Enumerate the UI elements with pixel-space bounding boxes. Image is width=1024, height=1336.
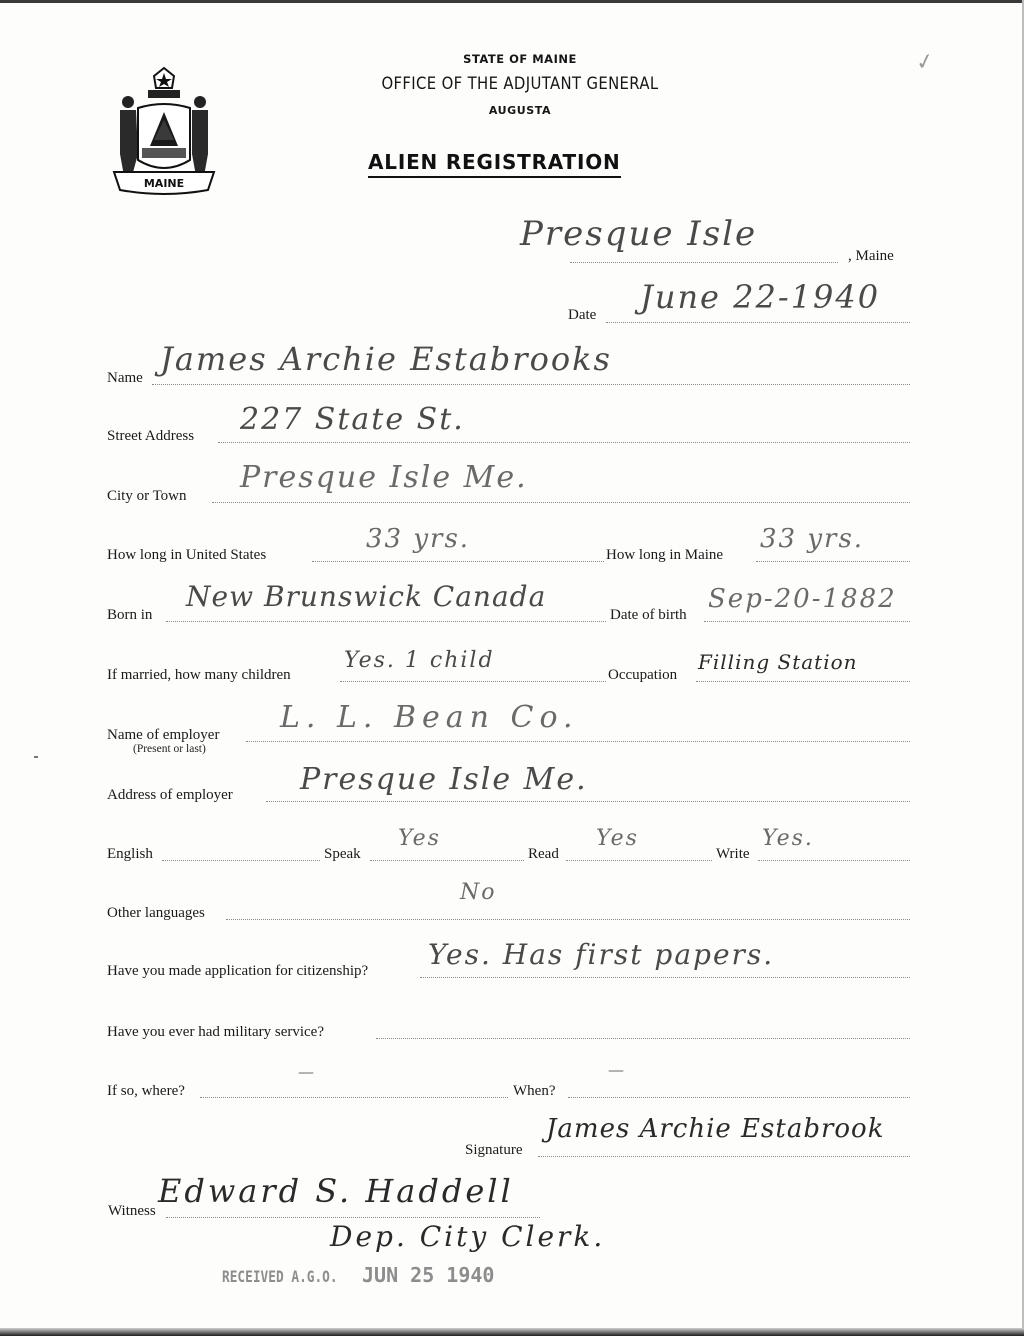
speak-label: Speak [324,846,361,863]
received-stamp-date: JUN 25 1940 [362,1263,494,1287]
street-address-line[interactable] [218,442,910,443]
born-in-line[interactable] [166,621,606,622]
speak-value: Yes [398,826,441,851]
header-state: STATE OF MAINE [300,52,740,66]
margin-mark [34,756,38,758]
when-value: — [608,1060,626,1079]
employer-name-sublabel: (Present or last) [133,743,206,755]
employer-address-label: Address of employer [107,787,233,804]
witness-line[interactable] [166,1217,540,1218]
occupation-line[interactable] [696,681,910,682]
born-in-value: New Brunswick Canada [186,580,546,613]
how-long-us-value: 33 yrs. [366,524,470,554]
name-line[interactable] [152,384,910,385]
other-languages-label: Other languages [107,905,205,922]
date-of-birth-value: Sep-20-1882 [708,584,897,614]
city-value: Presque Isle Me. [240,460,528,495]
date-line [606,322,910,323]
when-line[interactable] [568,1097,910,1098]
when-label: When? [513,1083,555,1100]
street-address-value: 227 State St. [240,402,465,437]
witness-label: Witness [108,1203,156,1220]
citizenship-label: Have you made application for citizenshi… [107,963,368,980]
english-line [162,860,320,861]
witness-value: Edward S. Haddell [158,1172,514,1210]
svg-text:MAINE: MAINE [144,177,184,190]
place-suffix: , Maine [848,248,894,265]
signature-value: James Archie Estabrook [546,1114,884,1144]
read-line[interactable] [566,860,712,861]
how-long-us-label: How long in United States [107,547,266,564]
married-children-value: Yes. 1 child [344,648,495,673]
married-children-line[interactable] [340,681,606,682]
other-languages-value: No [460,880,497,905]
signature-line[interactable] [538,1156,910,1157]
name-value: James Archie Estabrooks [160,340,612,378]
citizenship-value: Yes. Has first papers. [428,938,774,971]
date-of-birth-label: Date of birth [610,607,687,624]
write-label: Write [716,846,750,863]
if-so-where-label: If so, where? [107,1083,185,1100]
date-of-birth-line[interactable] [704,621,910,622]
city-line[interactable] [212,502,910,503]
born-in-label: Born in [107,607,152,624]
write-value: Yes. [762,826,814,851]
other-languages-line[interactable] [226,919,910,920]
check-mark-icon: ✓ [914,48,937,76]
received-stamp-text: RECEIVED A.G.O. [222,1267,338,1286]
employer-address-value: Presque Isle Me. [300,762,588,797]
how-long-us-line[interactable] [312,561,604,562]
how-long-maine-value: 33 yrs. [760,524,864,554]
city-label: City or Town [107,488,187,505]
employer-name-label: Name of employer [107,727,219,744]
maine-state-seal-icon: MAINE [108,64,220,196]
read-value: Yes [596,826,639,851]
signature-label: Signature [465,1142,523,1159]
name-label: Name [107,370,143,387]
read-label: Read [528,846,559,863]
scan-border-top [0,0,1024,3]
how-long-maine-label: How long in Maine [606,547,723,564]
form-title: ALIEN REGISTRATION [368,150,621,178]
citizenship-line[interactable] [420,977,910,978]
speak-line[interactable] [370,860,524,861]
header-office: OFFICE OF THE ADJUTANT GENERAL [322,74,718,93]
if-so-where-line[interactable] [200,1097,508,1098]
place-line [570,262,838,263]
employer-name-value: L. L. Bean Co. [280,700,579,735]
occupation-value: Filling Station [698,650,858,674]
street-address-label: Street Address [107,428,194,445]
occupation-label: Occupation [608,667,677,684]
place-value: Presque Isle [520,214,757,254]
scan-border-bottom [0,1328,1024,1336]
write-line[interactable] [758,860,910,861]
if-so-where-value: — [298,1062,316,1081]
military-service-line[interactable] [376,1038,910,1039]
date-value: June 22-1940 [640,278,880,316]
received-stamp: RECEIVED A.G.O. JUN 25 1940 [222,1267,367,1286]
how-long-maine-line[interactable] [756,561,910,562]
employer-address-line[interactable] [266,801,910,802]
date-label: Date [568,307,596,324]
military-service-label: Have you ever had military service? [107,1024,324,1041]
header-city: AUGUSTA [300,104,740,117]
witness-title: Dep. City Clerk. [330,1220,605,1253]
employer-name-line[interactable] [246,741,910,742]
english-label: English [107,846,153,863]
married-children-label: If married, how many children [107,667,291,684]
